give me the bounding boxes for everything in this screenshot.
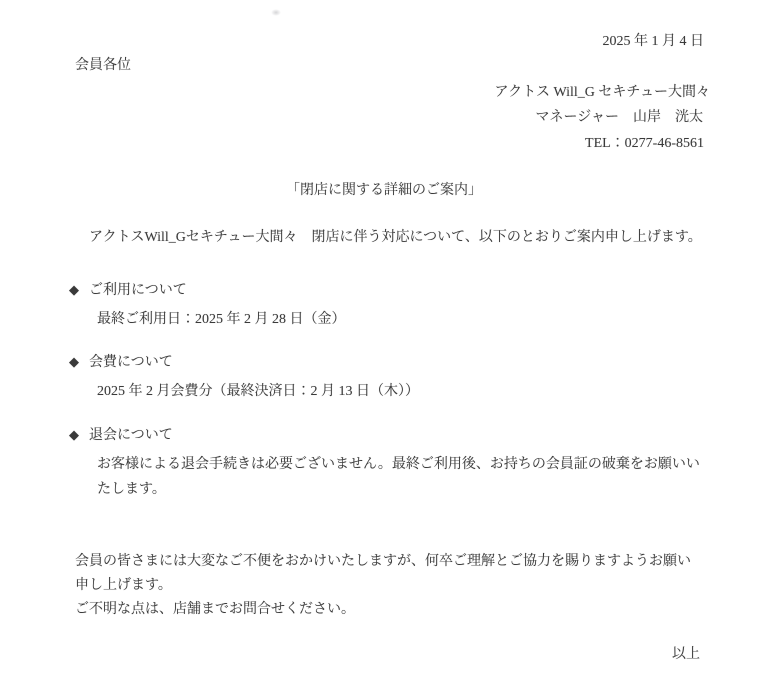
letter-page: 2025 年 1 月 4 日 会員各位 アクトス Will_G セキチュー大間々… [0,0,768,688]
sender-manager-name: マネージャー 山岸 洸太 [536,108,703,128]
sender-organization: アクトス Will_G セキチュー大間々 [495,83,710,103]
section-withdrawal-body: お客様による退会手続きは必要ございません。最終ご利用後、お持ちの会員証の破棄をお… [97,452,712,502]
scan-artifact-smudge [271,9,281,16]
section-usage-heading-label: ご利用について [89,281,187,301]
sender-telephone: TEL：0277-46-8561 [585,134,704,154]
closing-line-1: 会員の皆さまには大変なご不便をおかけいたしますが、何卒ご理解とご協力を賜りますよ… [75,550,712,574]
withdrawal-body-line-1: お客様による退会手続きは必要ございません。最終ご利用後、お持ちの会員証の破棄をお… [97,452,712,477]
section-membership-fee-heading: ◆ 会費について [69,352,712,373]
section-membership-fee-heading-label: 会費について [89,353,173,373]
closing-line-2: 申し上げます。 [75,574,712,598]
diamond-bullet-icon: ◆ [69,280,79,300]
closing-paragraph: 会員の皆さまには大変なご不便をおかけいたしますが、何卒ご理解とご協力を賜りますよ… [75,550,712,622]
intro-paragraph: アクトスWill_Gセキチュー大間々 閉店に伴う対応について、以下のとおりご案内… [75,228,702,248]
section-membership-fee-body: 2025 年 2 月会費分（最終決済日：2 月 13 日（木）） [97,379,712,404]
section-withdrawal-heading-label: 退会について [89,426,173,446]
last-usage-date-line: 最終ご利用日：2025 年 2 月 28 日（金） [97,307,712,332]
section-usage-heading: ◆ ご利用について [69,280,712,301]
section-usage: ◆ ご利用について 最終ご利用日：2025 年 2 月 28 日（金） [69,280,712,332]
withdrawal-body-line-2: たします。 [97,477,712,502]
section-usage-body: 最終ご利用日：2025 年 2 月 28 日（金） [97,307,712,332]
closing-line-3: ご不明な点は、店舗までお問合せください。 [75,598,712,622]
section-withdrawal: ◆ 退会について お客様による退会手続きは必要ございません。最終ご利用後、お持ち… [69,425,712,502]
section-membership-fee: ◆ 会費について 2025 年 2 月会費分（最終決済日：2 月 13 日（木）… [69,352,712,404]
sign-off: 以上 [672,645,700,665]
final-payment-line: 2025 年 2 月会費分（最終決済日：2 月 13 日（木）） [97,379,712,404]
document-title: 「閉店に関する詳細のご案内」 [0,181,768,201]
section-withdrawal-heading: ◆ 退会について [69,425,712,446]
diamond-bullet-icon: ◆ [69,425,79,445]
recipient-line: 会員各位 [75,56,131,76]
document-date: 2025 年 1 月 4 日 [603,32,705,52]
diamond-bullet-icon: ◆ [69,352,79,372]
